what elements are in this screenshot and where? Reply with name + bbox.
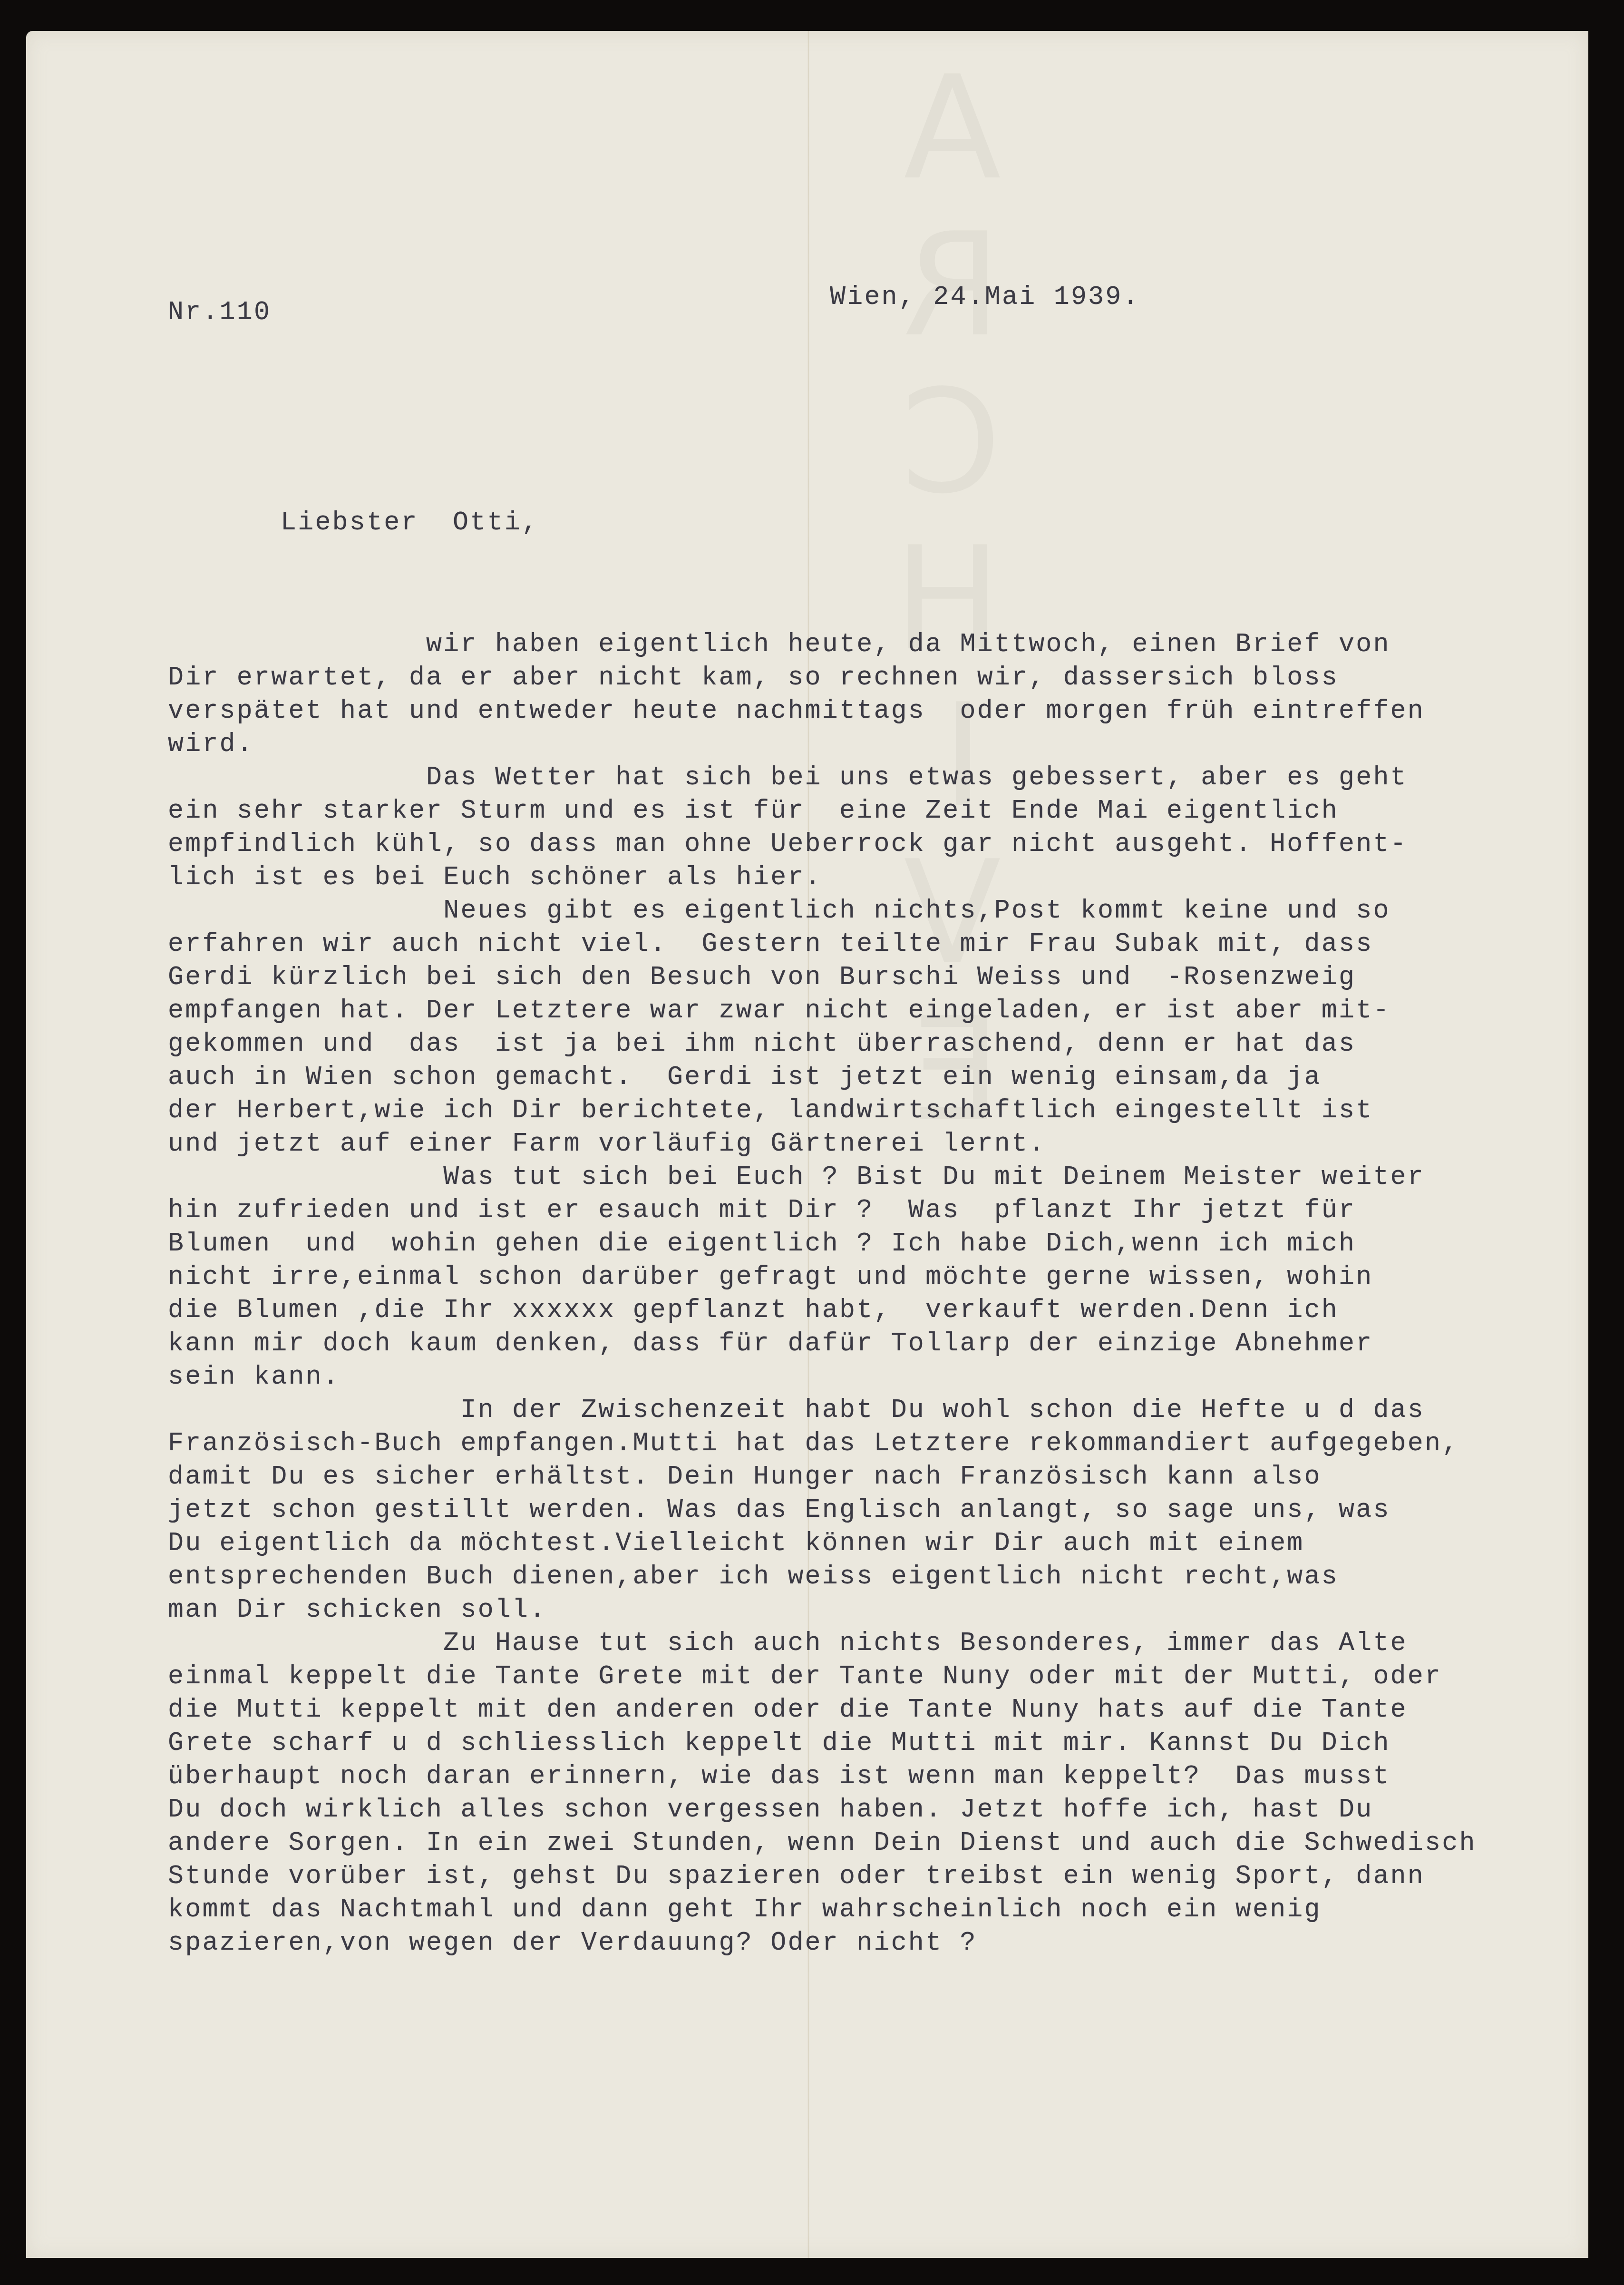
paragraph: Was tut sich bei Euch ? Bist Du mit Dein… xyxy=(168,1161,1623,1394)
text-line: spazieren,von wegen der Verdauung? Oder … xyxy=(168,1926,1623,1960)
text-line: wir haben eigentlich heute, da Mittwoch,… xyxy=(168,628,1623,661)
text-line: und jetzt auf einer Farm vorläufig Gärtn… xyxy=(168,1127,1623,1161)
text-line: lich ist es bei Euch schöner als hier. xyxy=(168,861,1623,894)
text-line: die Mutti keppelt mit den anderen oder d… xyxy=(168,1693,1623,1727)
text-line: wird. xyxy=(168,728,1623,761)
text-line: Was tut sich bei Euch ? Bist Du mit Dein… xyxy=(168,1161,1623,1194)
text-line: Neues gibt es eigentlich nichts,Post kom… xyxy=(168,894,1623,928)
text-line: man Dir schicken soll. xyxy=(168,1593,1623,1627)
text-line: nicht irre,einmal schon darüber gefragt … xyxy=(168,1260,1623,1294)
text-line: kann mir doch kaum denken, dass für dafü… xyxy=(168,1327,1623,1360)
text-line: Das Wetter hat sich bei uns etwas gebess… xyxy=(168,761,1623,794)
text-line: empfangen hat. Der Letztere war zwar nic… xyxy=(168,994,1623,1027)
text-line: gekommen und das ist ja bei ihm nicht üb… xyxy=(168,1027,1623,1061)
text-line: Du eigentlich da möchtest.Vielleicht kön… xyxy=(168,1527,1623,1560)
text-line: Gerdi kürzlich bei sich den Besuch von B… xyxy=(168,961,1623,994)
text-line: hin zufrieden und ist er esauch mit Dir … xyxy=(168,1194,1623,1227)
text-line: andere Sorgen. In ein zwei Stunden, wenn… xyxy=(168,1826,1623,1860)
text-line: In der Zwischenzeit habt Du wohl schon d… xyxy=(168,1394,1623,1427)
letter-body: wir haben eigentlich heute, da Mittwoch,… xyxy=(168,628,1623,1960)
text-line: Stunde vorüber ist, gehst Du spazieren o… xyxy=(168,1860,1623,1893)
place-date: Wien, 24.Mai 1939. xyxy=(830,282,1140,312)
paragraph: Das Wetter hat sich bei uns etwas gebess… xyxy=(168,761,1623,894)
text-line: die Blumen ,die Ihr xxxxxx gepflanzt hab… xyxy=(168,1294,1623,1327)
text-line: auch in Wien schon gemacht. Gerdi ist je… xyxy=(168,1061,1623,1094)
text-line: damit Du es sicher erhältst. Dein Hunger… xyxy=(168,1460,1623,1494)
text-line: Dir erwartet, da er aber nicht kam, so r… xyxy=(168,661,1623,694)
paragraph: In der Zwischenzeit habt Du wohl schon d… xyxy=(168,1394,1623,1627)
text-line: erfahren wir auch nicht viel. Gestern te… xyxy=(168,928,1623,961)
letter-number: Nr.110 xyxy=(168,297,271,327)
text-line: entsprechenden Buch dienen,aber ich weis… xyxy=(168,1560,1623,1593)
text-line: überhaupt noch daran erinnern, wie das i… xyxy=(168,1760,1623,1793)
text-line: einmal keppelt die Tante Grete mit der T… xyxy=(168,1660,1623,1693)
text-line: jetzt schon gestillt werden. Was das Eng… xyxy=(168,1494,1623,1527)
text-line: Französisch-Buch empfangen.Mutti hat das… xyxy=(168,1427,1623,1460)
text-line: sein kann. xyxy=(168,1360,1623,1394)
text-line: kommt das Nachtmahl und dann geht Ihr wa… xyxy=(168,1893,1623,1926)
text-line: der Herbert,wie ich Dir berichtete, land… xyxy=(168,1094,1623,1127)
text-line: Grete scharf u d schliesslich keppelt di… xyxy=(168,1727,1623,1760)
text-line: ein sehr starker Sturm und es ist für ei… xyxy=(168,794,1623,828)
text-line: Blumen und wohin gehen die eigentlich ? … xyxy=(168,1227,1623,1260)
text-line: empfindlich kühl, so dass man ohne Ueber… xyxy=(168,828,1623,861)
text-line: Zu Hause tut sich auch nichts Besonderes… xyxy=(168,1627,1623,1660)
salutation: Liebster Otti, xyxy=(281,508,539,537)
paragraph: wir haben eigentlich heute, da Mittwoch,… xyxy=(168,628,1623,761)
text-line: Du doch wirklich alles schon vergessen h… xyxy=(168,1793,1623,1826)
text-line: verspätet hat und entweder heute nachmit… xyxy=(168,694,1623,728)
letter-page: A R C H I V E Nr.110 Wien, 24.Mai 1939. … xyxy=(26,31,1588,2258)
paragraph: Zu Hause tut sich auch nichts Besonderes… xyxy=(168,1627,1623,1960)
paragraph: Neues gibt es eigentlich nichts,Post kom… xyxy=(168,894,1623,1161)
